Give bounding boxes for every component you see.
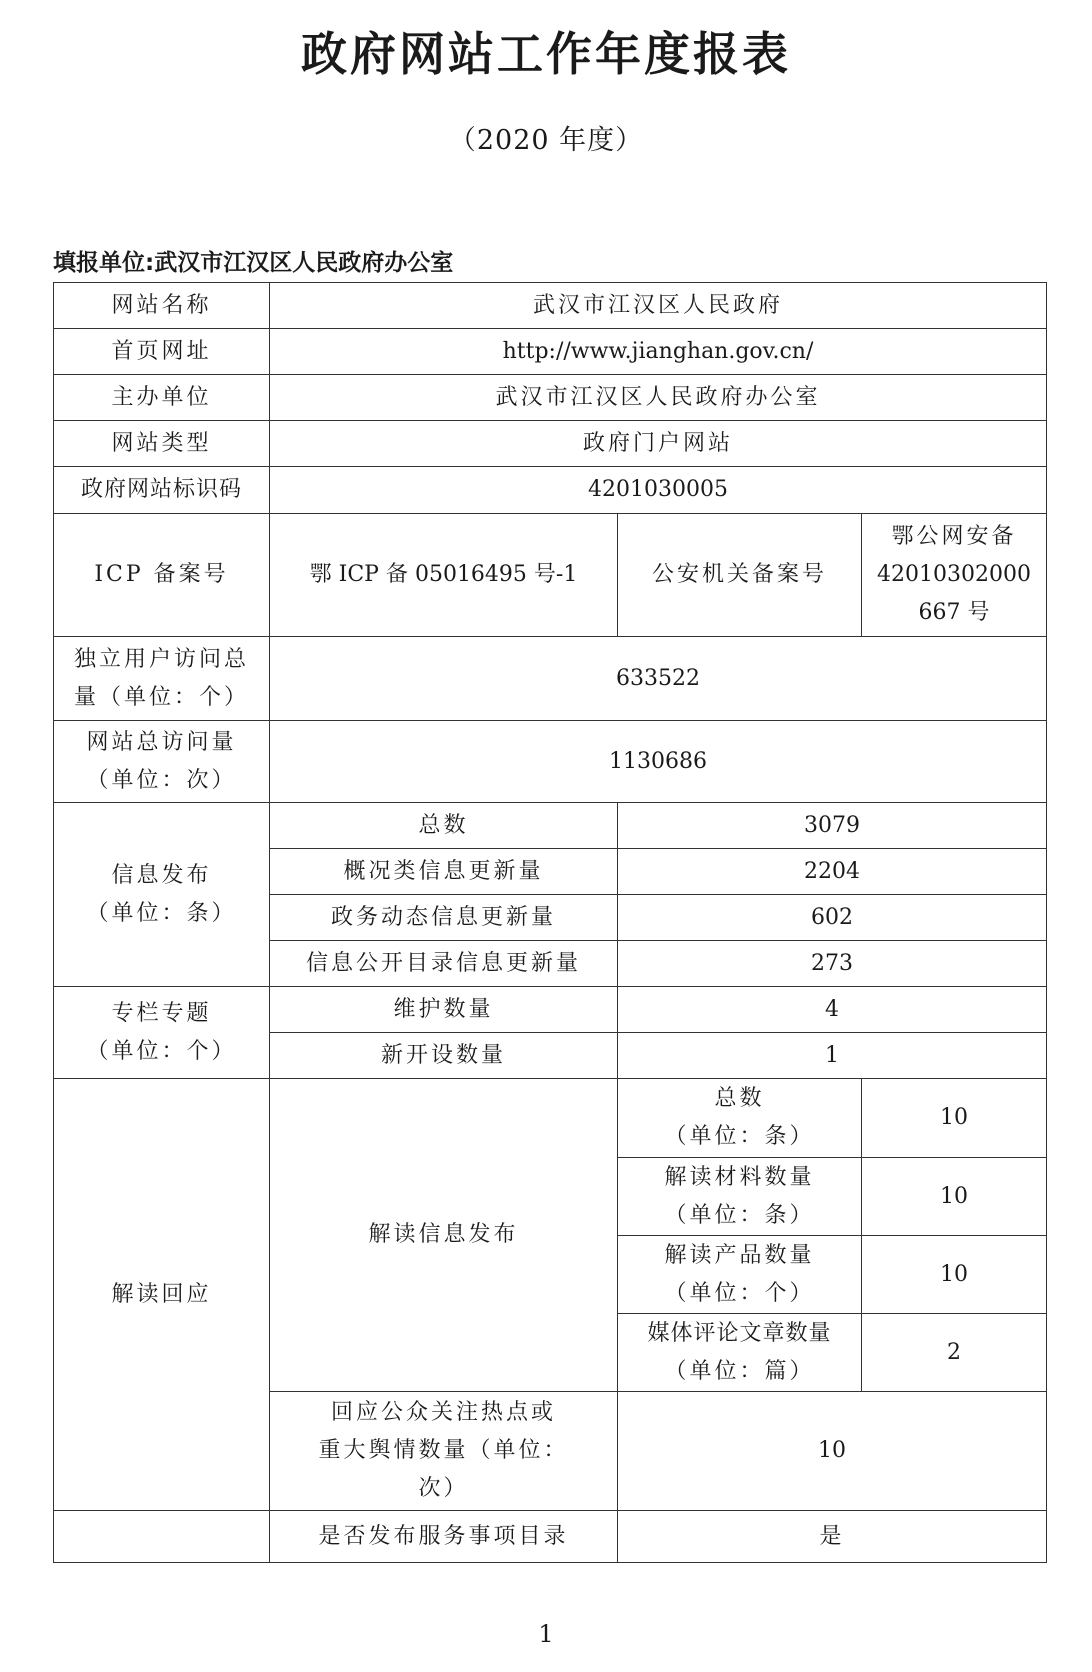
value-info-overview: 2204 xyxy=(618,849,1047,895)
label-icp: ICP 备案号 xyxy=(54,514,270,637)
table-row: 网站类型 政府门户网站 xyxy=(54,421,1047,467)
label-interpret-media: 媒体评论文章数量 （单位：篇） xyxy=(618,1314,862,1392)
value-interpret-media: 2 xyxy=(862,1314,1047,1392)
value-uv: 633522 xyxy=(270,637,1047,721)
label-site-type: 网站类型 xyxy=(54,421,270,467)
table-row: 主办单位 武汉市江汉区人民政府办公室 xyxy=(54,375,1047,421)
label-uv: 独立用户访问总 量（单位：个） xyxy=(54,637,270,721)
label-sponsor: 主办单位 xyxy=(54,375,270,421)
label-police: 公安机关备案号 xyxy=(618,514,862,637)
label-service-empty xyxy=(54,1511,270,1563)
label-site-id: 政府网站标识码 xyxy=(54,467,270,514)
value-interpret-total: 10 xyxy=(862,1079,1047,1158)
value-homepage: http://www.jianghan.gov.cn/ xyxy=(270,329,1047,375)
report-year: （2020 年度） xyxy=(0,118,1092,157)
value-police: 鄂公网安备 42010302000 667 号 xyxy=(862,514,1047,637)
value-icp: 鄂 ICP 备 05016495 号-1 xyxy=(270,514,618,637)
table-row: 专栏专题 （单位：个） 维护数量 4 xyxy=(54,987,1047,1033)
label-columns: 专栏专题 （单位：个） xyxy=(54,987,270,1079)
value-info-news: 602 xyxy=(618,895,1047,941)
table-row: 首页网址 http://www.jianghan.gov.cn/ xyxy=(54,329,1047,375)
label-interpret-publish: 解读信息发布 xyxy=(270,1079,618,1392)
label-pv: 网站总访问量 （单位：次） xyxy=(54,721,270,803)
label-interpret-products: 解读产品数量 （单位：个） xyxy=(618,1236,862,1314)
label-info-total: 总数 xyxy=(270,803,618,849)
value-columns-new: 1 xyxy=(618,1033,1047,1079)
report-table: 网站名称 武汉市江汉区人民政府 首页网址 http://www.jianghan… xyxy=(53,282,1047,1563)
value-site-name: 武汉市江汉区人民政府 xyxy=(270,283,1047,329)
value-interpret-materials: 10 xyxy=(862,1158,1047,1236)
table-row: 解读回应 解读信息发布 总数 （单位：条） 10 xyxy=(54,1079,1047,1158)
value-info-disclosure: 273 xyxy=(618,941,1047,987)
value-info-total: 3079 xyxy=(618,803,1047,849)
value-interpret-response: 10 xyxy=(618,1392,1047,1511)
table-row: 网站名称 武汉市江汉区人民政府 xyxy=(54,283,1047,329)
label-interpret-response: 回应公众关注热点或 重大舆情数量（单位： 次） xyxy=(270,1392,618,1511)
label-columns-new: 新开设数量 xyxy=(270,1033,618,1079)
label-columns-maintained: 维护数量 xyxy=(270,987,618,1033)
value-interpret-products: 10 xyxy=(862,1236,1047,1314)
table-row: 是否发布服务事项目录 是 xyxy=(54,1511,1047,1563)
page-title: 政府网站工作年度报表 xyxy=(0,18,1092,84)
label-site-name: 网站名称 xyxy=(54,283,270,329)
value-pv: 1130686 xyxy=(270,721,1047,803)
value-site-id: 4201030005 xyxy=(270,467,1047,514)
table-row: 网站总访问量 （单位：次） 1130686 xyxy=(54,721,1047,803)
value-site-type: 政府门户网站 xyxy=(270,421,1047,467)
value-service: 是 xyxy=(618,1511,1047,1563)
value-sponsor: 武汉市江汉区人民政府办公室 xyxy=(270,375,1047,421)
value-columns-maintained: 4 xyxy=(618,987,1047,1033)
table-row: 政府网站标识码 4201030005 xyxy=(54,467,1047,514)
table-row: 信息发布 （单位：条） 总数 3079 xyxy=(54,803,1047,849)
page-number: 1 xyxy=(0,1620,1092,1648)
label-info-news: 政务动态信息更新量 xyxy=(270,895,618,941)
label-info-disclosure: 信息公开目录信息更新量 xyxy=(270,941,618,987)
table-row: 独立用户访问总 量（单位：个） 633522 xyxy=(54,637,1047,721)
label-interpret-total: 总数 （单位：条） xyxy=(618,1079,862,1158)
label-service: 是否发布服务事项目录 xyxy=(270,1511,618,1563)
label-info: 信息发布 （单位：条） xyxy=(54,803,270,987)
label-interpret-materials: 解读材料数量 （单位：条） xyxy=(618,1158,862,1236)
table-row: ICP 备案号 鄂 ICP 备 05016495 号-1 公安机关备案号 鄂公网… xyxy=(54,514,1047,637)
filler-unit: 填报单位:武汉市江汉区人民政府办公室 xyxy=(53,244,453,277)
label-info-overview: 概况类信息更新量 xyxy=(270,849,618,895)
label-interpret: 解读回应 xyxy=(54,1079,270,1511)
label-homepage: 首页网址 xyxy=(54,329,270,375)
